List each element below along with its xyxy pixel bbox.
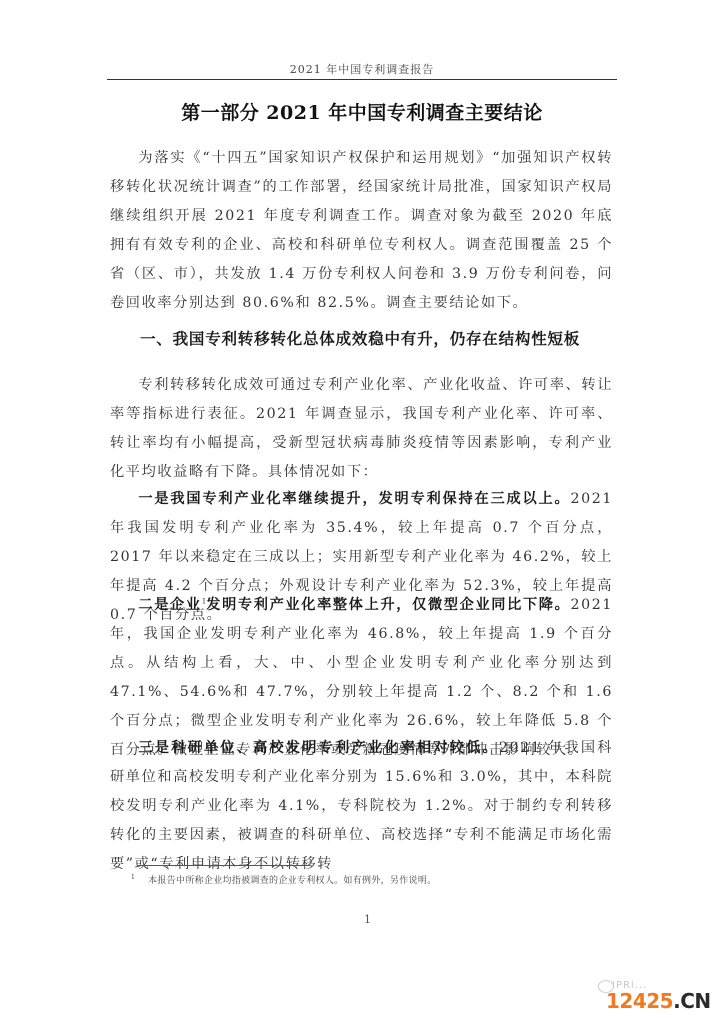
point-two-lead-b: 发明专利产业化率整体上升，仅微型企业同比下降。 [206,597,570,613]
watermark: IPRl... 12425.CN [598,980,718,1012]
section-heading: 一、我国专利转移转化总体成效稳中有升，仍存在结构性短板 [140,327,620,349]
page-title: 第一部分 2021 年中国专利调查主要结论 [107,98,617,125]
point-three-lead: 三是科研单位、高校发明专利产业化率相对较低。 [138,740,498,756]
point-three-paragraph: 三是科研单位、高校发明专利产业化率相对较低。2021 年我国科研单位和高校发明专… [110,734,613,879]
watermark-brand-suffix: .CN [673,989,711,1013]
running-header: 2021 年中国专利调查报告 [107,61,617,77]
point-three-text: 2021 年我国科研单位和高校发明专利产业化率分别为 15.6%和 3.0%，其… [110,740,613,872]
section-overview-paragraph: 专利转移转化成效可通过专利产业化率、产业化收益、许可率、转让率等指标进行表征。2… [110,371,613,487]
point-one-lead: 一是我国专利产业化率继续提升，发明专利保持在三成以上。 [138,491,570,507]
watermark-brand-number: 12425 [606,989,673,1013]
watermark-brand: 12425.CN [606,989,711,1013]
intro-paragraph: 为落实《“十四五”国家知识产权保护和运用规划》“加强知识产权转移转化状况统计调查… [110,144,613,318]
footnote-text: 本报告中所称企业均指被调查的企业专利权人。如有例外，另作说明。 [148,876,436,886]
header-divider [107,79,617,80]
footnote-divider [137,865,310,866]
footnote: 1本报告中所称企业均指被调查的企业专利权人。如有例外，另作说明。 [131,873,436,886]
page-number: 1 [364,913,371,926]
footnote-mark: 1 [131,874,135,881]
point-two-lead-a: 二是企业 [138,597,201,613]
